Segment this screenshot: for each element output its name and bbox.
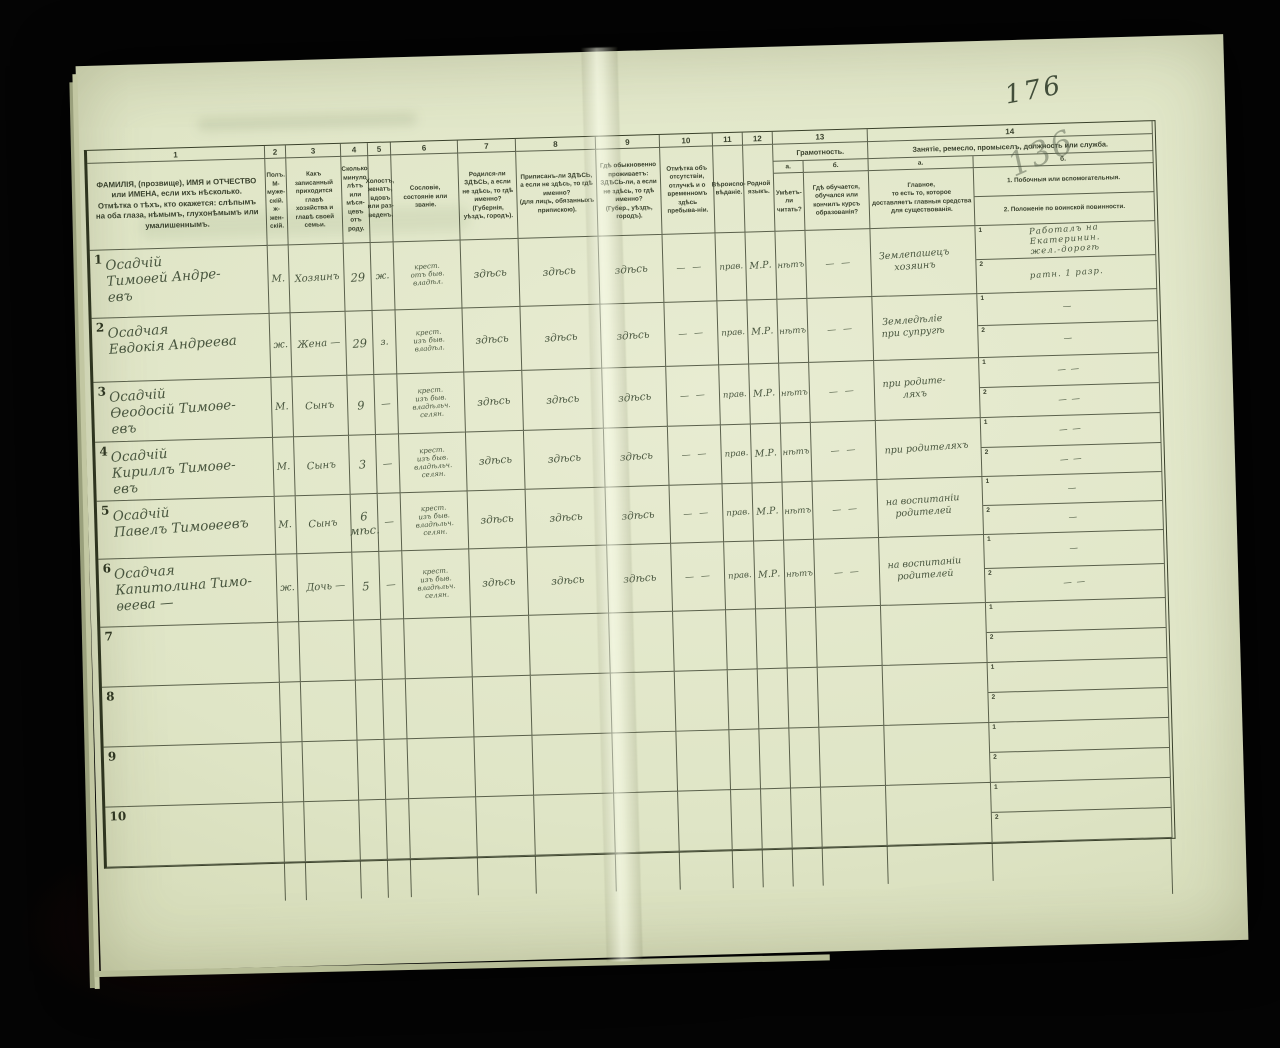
language-cell: М.Р. <box>754 541 786 610</box>
header-col-number: 11 <box>713 133 743 147</box>
marital-cell: — <box>374 374 399 435</box>
born-cell: здѣсь <box>461 239 521 309</box>
column-line-stub <box>887 846 889 884</box>
occupation-cell: на воспитаніи родителей <box>877 477 984 538</box>
reads-cell <box>788 668 820 729</box>
estate-cell <box>404 617 473 679</box>
header-col-number: 2 <box>265 145 286 159</box>
person-name <box>120 744 281 756</box>
name-cell: 4Осадчій Кириллъ Тимоѳе- евъ <box>95 438 275 502</box>
sex-cell: М. <box>268 245 291 314</box>
estate-cell <box>407 737 476 799</box>
born-cell <box>476 796 536 858</box>
absence-cell: — — <box>663 233 718 302</box>
registered-value: здѣсь <box>547 452 581 466</box>
occupation-cell <box>884 723 991 786</box>
reads-value: нѣтъ <box>786 568 813 580</box>
language-cell <box>756 609 788 670</box>
secondary-cell: 1—2— <box>977 289 1159 358</box>
registered-cell: здѣсь <box>524 429 606 490</box>
name-cell: 1Осадчій Тимоѳей Андре- евъ <box>90 246 270 319</box>
estate-value: крест. изъ быв. владѣльч. селян. <box>413 445 453 480</box>
header-col-text: Вѣроиспо-вѣданіе. <box>713 146 745 234</box>
occupation-cell <box>883 663 990 726</box>
sex-cell <box>278 622 301 683</box>
relation-cell <box>303 741 360 803</box>
name-cell: 2Осадчая Евдокія Андреева <box>92 314 272 383</box>
header-col-number: 4 <box>341 143 368 157</box>
row-number: 6 <box>102 561 111 575</box>
secondary-cell: 1— —2— — <box>981 413 1163 477</box>
subrow-label: 1 <box>987 536 991 543</box>
header-col-text: Сословіе, состояніе или званіе. <box>391 154 460 243</box>
column-line-stub <box>992 843 994 881</box>
estate-cell <box>406 677 475 739</box>
header-col-text: Умѣетъ-ли читать? <box>774 173 806 232</box>
secondary-value: — <box>1068 512 1078 523</box>
secondary-subrow-2: 2— <box>978 321 1158 357</box>
registered-cell: здѣсь <box>527 546 609 616</box>
absence-cell: — — <box>666 365 721 426</box>
secondary-subrow-2: 2— — <box>982 443 1162 476</box>
secondary-subrow-2: 2 <box>988 688 1168 722</box>
absence-cell: — — <box>670 484 725 543</box>
registered-cell <box>531 673 613 735</box>
secondary-cell: 12 <box>991 778 1173 843</box>
person-name <box>122 804 283 816</box>
marital-value: — <box>384 516 394 528</box>
sex-cell: М. <box>275 496 298 555</box>
header-col-text: Какъ записанный приходится главѣ хозяйст… <box>286 157 343 246</box>
faith-value: прав. <box>721 327 745 339</box>
born-cell <box>473 676 533 738</box>
row-number: 5 <box>101 503 110 517</box>
absence-cell: — — <box>668 425 723 485</box>
educated-cell <box>821 786 888 848</box>
header-col-number: 5 <box>368 142 391 156</box>
reads-cell: нѣтъ <box>777 299 809 364</box>
marital-cell <box>381 619 406 680</box>
educated-value: — — <box>831 503 859 515</box>
subrow-label: 2 <box>990 634 994 641</box>
occupation-cell: Земледѣліе при супругѣ <box>872 294 979 361</box>
language-cell: М.Р. <box>749 364 781 425</box>
subrow-label: 1 <box>984 419 988 426</box>
reads-cell: нѣтъ <box>781 423 813 483</box>
reads-value: нѣтъ <box>784 505 811 517</box>
faith-cell <box>726 609 758 670</box>
subrow-label: 2 <box>995 814 999 821</box>
resides-value: здѣсь <box>621 508 655 522</box>
marital-cell: ж. <box>371 242 396 311</box>
faith-cell <box>729 729 761 790</box>
marital-cell: з. <box>373 310 398 375</box>
secondary-cell: 12 <box>989 718 1171 783</box>
language-value: М.Р. <box>751 325 774 338</box>
secondary-value: — <box>1069 544 1079 555</box>
secondary-value: — <box>1063 334 1073 345</box>
born-cell: здѣсь <box>469 548 529 618</box>
faith-value: прав. <box>726 507 750 519</box>
educated-cell <box>816 606 883 668</box>
header-col-text: Главное, то есть то, которое доставляетъ… <box>869 168 976 229</box>
ink-bleedthrough <box>197 112 417 132</box>
subrow-label: 2 <box>993 754 997 761</box>
page-stack-edge <box>95 954 830 977</box>
secondary-subrow-2: 2— — <box>980 383 1160 417</box>
secondary-subrow-2: 2 <box>990 748 1170 782</box>
faith-cell: прав. <box>721 424 753 484</box>
resides-value: здѣсь <box>616 328 650 342</box>
registered-value: здѣсь <box>551 573 585 587</box>
person-name <box>118 684 279 696</box>
subrow-label: 2 <box>981 327 985 334</box>
absence-cell: — — <box>664 301 719 366</box>
sex-value: М. <box>275 401 289 413</box>
resides-cell: здѣсь <box>604 427 670 488</box>
secondary-value: — <box>1062 302 1072 313</box>
row-number: 2 <box>96 321 105 335</box>
column-line-stub <box>360 861 362 899</box>
age-cell: 29 <box>344 243 373 312</box>
language-cell: М.Р. <box>752 483 784 542</box>
header-col-text: Полъ. М-муже-скій. ж-жен-скій. <box>265 158 288 246</box>
column-line-stub <box>535 856 537 894</box>
age-value: 3 <box>359 457 367 471</box>
absence-cell <box>675 670 730 731</box>
registered-value: здѣсь <box>549 510 583 524</box>
secondary-cell: 1—2— <box>982 472 1164 535</box>
column-line-stub <box>387 860 389 898</box>
column-line-stub <box>679 852 681 890</box>
occupation-value: при родителяхъ <box>884 439 969 457</box>
language-cell: М.Р. <box>745 232 777 301</box>
language-cell <box>759 729 791 790</box>
born-cell: здѣсь <box>466 431 526 492</box>
born-value: здѣсь <box>477 394 511 408</box>
census-form-page: 176 136 1ФАМИЛІЯ, (прозвище), ИМЯ и ОТЧЕ… <box>76 34 1249 972</box>
header-col-text: Гдѣ обыкновенно проживаетъ: ЗДѢСЬ-ли, а … <box>596 148 662 237</box>
born-value: здѣсь <box>473 266 507 280</box>
absence-value: — — <box>676 262 704 274</box>
column-line-stub <box>732 850 734 888</box>
marital-cell <box>385 739 410 800</box>
relation-value: Сынъ <box>307 459 337 472</box>
relation-value: Хозяинъ <box>294 271 340 285</box>
reads-value: нѣтъ <box>781 387 808 399</box>
reads-cell <box>789 728 821 789</box>
sex-value: М. <box>272 273 286 285</box>
header-sub-label: а. <box>774 161 804 174</box>
registered-cell: здѣсь <box>526 488 608 548</box>
educated-cell: — — <box>809 361 876 423</box>
secondary-cell: 1—2— — <box>984 530 1166 603</box>
reads-cell <box>791 788 823 849</box>
faith-value: прав. <box>722 389 746 401</box>
reads-value: нѣтъ <box>779 325 806 337</box>
faith-cell <box>728 669 760 730</box>
estate-cell: крест. изъ быв. владѣльч. селян. <box>401 491 470 551</box>
subrow-label: 2 <box>991 694 995 701</box>
absence-value: — — <box>679 390 707 402</box>
faith-cell: прав. <box>715 233 747 302</box>
secondary-subrow-2: 2ратн. 1 разр. <box>976 255 1156 293</box>
secondary-subrow-2: 2— — <box>985 564 1165 602</box>
reads-cell: нѣтъ <box>775 231 807 300</box>
born-cell: здѣсь <box>464 371 524 433</box>
age-value: 29 <box>350 269 366 284</box>
person-name: Осадчій Кириллъ Тимоѳе- евъ <box>110 439 274 498</box>
sex-value: М. <box>278 519 292 531</box>
person-name: Осадчій Павелъ Тимоѳеевъ <box>112 498 275 541</box>
secondary-subrow-2: 2 <box>987 628 1167 662</box>
estate-cell: крест. отъ быв. владѣл. <box>394 241 463 311</box>
header-col-number: 12 <box>743 132 773 146</box>
born-cell: здѣсь <box>468 490 528 550</box>
faith-cell: прав. <box>723 483 755 542</box>
age-value: 5 <box>362 579 370 593</box>
educated-cell: — — <box>812 480 879 540</box>
marital-cell: — <box>379 551 404 620</box>
marital-value: — <box>381 398 391 410</box>
age-cell: 6 мѣс. <box>351 494 380 553</box>
age-cell <box>356 680 385 741</box>
subrow-label: 2 <box>988 570 992 577</box>
age-cell <box>354 620 383 681</box>
born-value: здѣсь <box>482 575 516 589</box>
estate-cell: крест. изъ быв. владѣльч. селян. <box>399 432 468 493</box>
educated-value: — — <box>826 324 854 336</box>
born-value: здѣсь <box>480 512 514 526</box>
name-cell: 6Осадчая Капитолина Тимо- ѳеева — <box>98 555 278 628</box>
educated-cell: — — <box>811 421 878 482</box>
relation-cell: Сынъ <box>296 495 353 555</box>
occupation-value: на воспитаніи родителей <box>887 555 962 585</box>
marital-value: ж. <box>375 270 390 282</box>
reads-cell: нѣтъ <box>779 363 811 424</box>
row-number: 8 <box>106 689 115 703</box>
age-value: 9 <box>357 398 365 412</box>
resides-cell: здѣсь <box>606 486 672 546</box>
faith-cell: прав. <box>717 301 749 366</box>
relation-value: Сынъ <box>305 399 335 412</box>
absence-cell: — — <box>671 542 726 611</box>
estate-value: крест. изъ быв. владѣльч. селян. <box>411 385 451 420</box>
subrow-label: 2 <box>979 261 983 268</box>
name-cell: 5Осадчій Павелъ Тимоѳеевъ <box>97 497 277 560</box>
header-col-text: Отмѣтка объ отсутствіи, отлучкѣ и о врем… <box>660 146 715 234</box>
sex-cell: М. <box>273 437 296 497</box>
secondary-value: — — <box>1057 364 1080 376</box>
secondary-cell: 1— —2— — <box>979 353 1161 418</box>
sex-cell <box>283 802 306 863</box>
educated-cell <box>819 726 886 788</box>
marital-value: — <box>383 458 393 470</box>
estate-value: крест. изъ быв. владѣльч. селян. <box>414 503 454 538</box>
relation-cell: Сынъ <box>292 376 349 438</box>
header-col-text: ФАМИЛІЯ, (прозвище), ИМЯ и ОТЧЕСТВО или … <box>87 159 267 251</box>
sex-cell: ж. <box>276 554 299 623</box>
faith-value: прав. <box>727 570 751 582</box>
sex-value: М. <box>277 461 291 473</box>
column-line-stub <box>477 857 479 895</box>
educated-value: — — <box>825 258 853 270</box>
secondary-value: — <box>1067 483 1077 494</box>
person-name: Осадчій Ѳеодосій Тимоѳе- евъ <box>109 379 273 438</box>
born-cell: здѣсь <box>462 307 522 373</box>
column-line-stub <box>284 863 286 901</box>
occupation-value: Землепашецъ хозяинъ <box>879 247 951 277</box>
row-number: 4 <box>99 444 108 458</box>
row-number: 3 <box>97 384 106 398</box>
age-cell: 5 <box>352 552 381 621</box>
column-line-stub <box>822 848 824 886</box>
language-value: М.Р. <box>753 387 776 400</box>
estate-cell: крест. изъ быв. владѣльч. селян. <box>402 549 471 619</box>
language-value: М.Р. <box>758 568 781 581</box>
faith-cell <box>731 789 763 850</box>
registered-value: здѣсь <box>544 330 578 344</box>
absence-value: — — <box>683 508 711 520</box>
occupation-value: Земледѣліе при супругѣ <box>880 313 945 342</box>
resides-cell <box>611 672 677 734</box>
resides-cell: здѣсь <box>600 303 666 369</box>
person-name: Осадчій Тимоѳей Андре- евъ <box>105 247 269 306</box>
subrow-label: 1 <box>989 604 993 611</box>
row-number: 1 <box>94 253 103 267</box>
sex-cell: ж. <box>270 313 293 378</box>
header-col-text: Родной языкъ. <box>743 145 775 233</box>
relation-cell <box>304 801 361 863</box>
resides-value: здѣсь <box>623 571 657 585</box>
estate-cell <box>409 797 478 859</box>
secondary-subrow-2: 2— <box>983 501 1163 534</box>
estate-cell: крест. изъ быв. владѣл. <box>396 308 465 374</box>
educated-cell: — — <box>807 297 874 363</box>
born-cell <box>471 616 531 678</box>
relation-cell <box>301 681 358 743</box>
educated-cell: — — <box>805 229 872 299</box>
secondary-subrow-1: 1Работалъ на Екатеринин. жел.-дорогѣ <box>975 221 1155 260</box>
language-cell <box>758 669 790 730</box>
occupation-value: на воспитаніи родителей <box>885 492 960 522</box>
marital-value: з. <box>380 336 389 348</box>
sex-value: ж. <box>280 582 295 594</box>
resides-cell <box>609 612 675 674</box>
registered-value: здѣсь <box>546 392 580 406</box>
header-col-text: Холостъ, женатъ, вдовъ или раз-веденъ. <box>368 155 393 243</box>
sex-cell: М. <box>271 377 294 438</box>
row-number: 7 <box>104 629 113 643</box>
name-cell: 7 <box>100 623 280 688</box>
absence-cell <box>673 610 728 671</box>
born-value: здѣсь <box>478 453 512 467</box>
occupation-cell: на воспитаніи родителей <box>879 535 986 606</box>
column-line-stub <box>305 862 307 900</box>
educated-value: — — <box>830 445 858 457</box>
marital-value: — <box>386 579 396 591</box>
person-name <box>117 624 278 636</box>
absence-value: — — <box>681 449 709 461</box>
subrow-label: 1 <box>978 227 982 234</box>
secondary-subrow-1: 1— <box>977 289 1157 326</box>
resides-cell <box>612 732 678 794</box>
relation-value: Дочь — <box>305 580 345 594</box>
marital-cell <box>383 679 408 740</box>
absence-value: — — <box>678 328 706 340</box>
column-line-stub <box>615 853 617 891</box>
registered-cell: здѣсь <box>519 237 601 307</box>
age-value: 6 мѣс. <box>349 508 381 538</box>
age-cell: 29 <box>346 311 375 376</box>
page-number: 176 <box>1002 70 1065 110</box>
estate-value: крест. изъ быв. владѣл. <box>413 328 446 354</box>
faith-value: прав. <box>719 261 743 273</box>
secondary-cell: 12 <box>988 658 1170 723</box>
secondary-value: ратн. 1 разр. <box>1029 266 1104 281</box>
secondary-value: Работалъ на Екатеринин. жел.-дорогѣ <box>1029 222 1102 258</box>
reads-cell: нѣтъ <box>782 482 814 541</box>
age-cell: 9 <box>347 375 376 436</box>
resides-cell: здѣсь <box>607 544 673 614</box>
header-col-text: Родился-ли ЗДѢСЬ, а если не здѣсь, то гд… <box>458 152 518 241</box>
age-cell <box>359 800 388 861</box>
age-value: 29 <box>352 335 368 350</box>
secondary-subrow-1: 1— <box>984 530 1164 569</box>
registered-value: здѣсь <box>542 264 576 278</box>
marital-cell: — <box>378 493 403 552</box>
relation-value: Сынъ <box>309 517 339 530</box>
occupation-cell <box>881 603 988 666</box>
subrow-label: 1 <box>980 295 984 302</box>
column-line-stub <box>762 849 764 887</box>
sex-cell <box>280 682 303 743</box>
marital-cell: — <box>376 434 401 494</box>
sex-value: ж. <box>273 339 288 351</box>
estate-cell: крест. изъ быв. владѣльч. селян. <box>397 372 466 434</box>
relation-cell <box>299 621 356 683</box>
reads-cell <box>786 608 818 669</box>
faith-cell: прав. <box>724 541 756 610</box>
name-cell: 10 <box>105 803 285 868</box>
resides-value: здѣсь <box>618 390 652 404</box>
educated-value: — — <box>833 566 861 578</box>
resides-cell <box>614 792 680 854</box>
row-number: 10 <box>109 809 126 823</box>
age-cell: 3 <box>349 435 378 495</box>
person-name: Осадчая Евдокія Андреева <box>107 315 270 358</box>
secondary-subrow-2: 2 <box>992 808 1172 842</box>
resides-cell: здѣсь <box>599 235 665 305</box>
occupation-cell <box>886 783 993 846</box>
absence-cell <box>678 790 733 851</box>
reads-value: нѣтъ <box>782 446 809 458</box>
educated-cell <box>818 666 885 728</box>
subrow-label: 2 <box>985 448 989 455</box>
census-table: 1ФАМИЛІЯ, (прозвище), ИМЯ и ОТЧЕСТВО или… <box>84 120 1176 869</box>
language-cell: М.Р. <box>747 300 779 365</box>
subrow-label: 1 <box>991 664 995 671</box>
born-value: здѣсь <box>475 332 509 346</box>
secondary-value: — — <box>1060 453 1083 465</box>
subrow-label: 2 <box>986 507 990 514</box>
relation-value: Жена — <box>297 337 341 351</box>
secondary-value: — — <box>1058 394 1081 406</box>
educated-cell: — — <box>814 538 881 608</box>
person-name: Осадчая Капитолина Тимо- ѳеева — <box>114 556 278 615</box>
language-value: М.Р. <box>749 259 772 272</box>
relation-cell: Дочь — <box>297 553 354 623</box>
